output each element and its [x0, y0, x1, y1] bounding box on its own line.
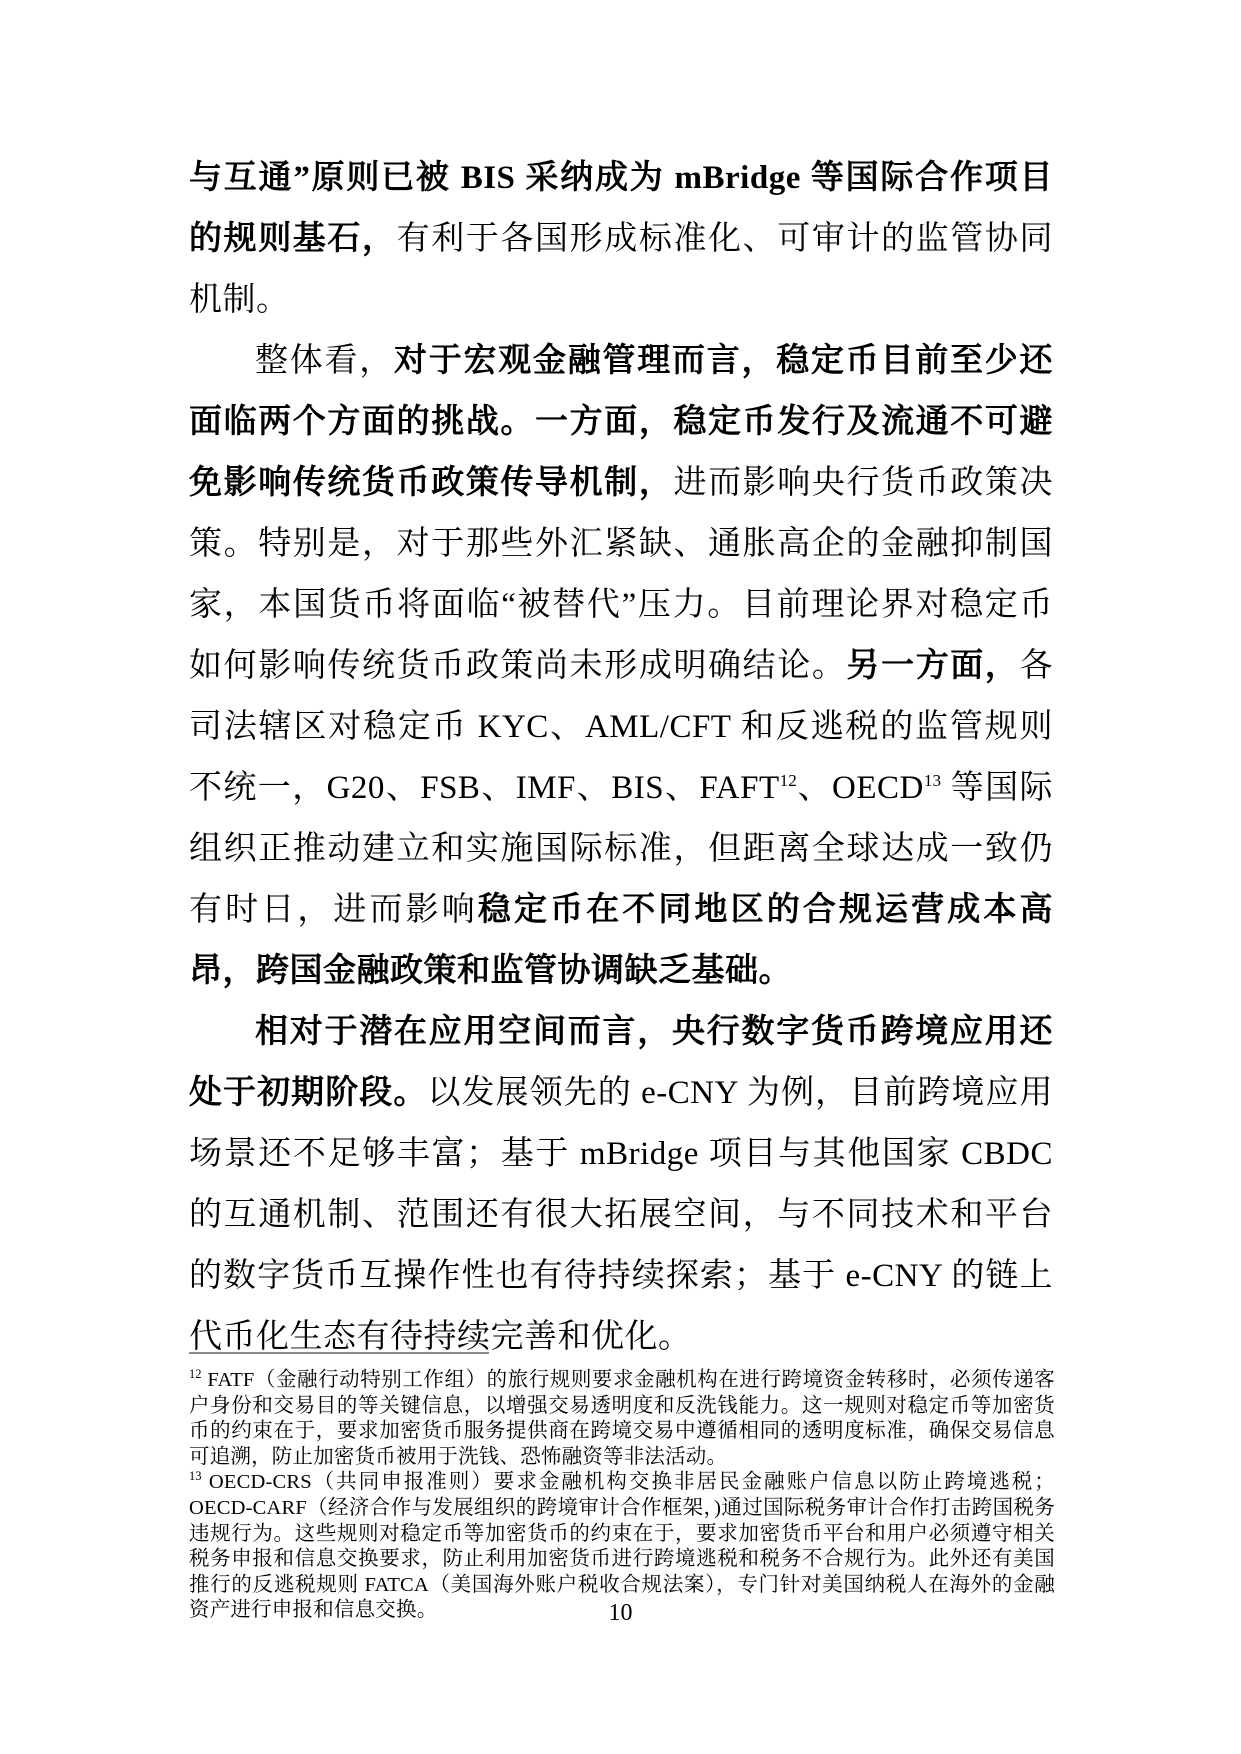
footnote-marker: 13 — [189, 1470, 202, 1484]
page-number: 10 — [0, 1598, 1241, 1628]
footnote-reference: 13 — [924, 771, 941, 790]
document-page: 与互通”原则已被 BIS 采纳成为 mBridge 等国际合作项目的规则基石，有… — [0, 0, 1241, 1754]
footnote-marker: 12 — [189, 1367, 202, 1381]
footnote-reference: 12 — [780, 771, 797, 790]
footnote-area: 12 FATF（金融行动特别工作组）的旅行规则要求金融机构在进行跨境资金转移时，… — [189, 1352, 1055, 1624]
footnote-text: FATF（金融行动特别工作组）的旅行规则要求金融机构在进行跨境资金转移时，必须传… — [189, 1369, 1055, 1468]
text-run: 以发展领先的 e-CNY 为例，目前跨境应用场景还不足够丰富；基于 mBridg… — [189, 1075, 1053, 1355]
text-run: 整体看， — [255, 343, 394, 379]
paragraph: 相对于潜在应用空间而言，央行数字货币跨境应用还处于初期阶段。以发展领先的 e-C… — [189, 1002, 1053, 1368]
footnote-list: 12 FATF（金融行动特别工作组）的旅行规则要求金融机构在进行跨境资金转移时，… — [189, 1368, 1055, 1624]
paragraph: 与互通”原则已被 BIS 采纳成为 mBridge 等国际合作项目的规则基石，有… — [189, 148, 1053, 331]
footnote-item: 12 FATF（金融行动特别工作组）的旅行规则要求金融机构在进行跨境资金转移时，… — [189, 1368, 1055, 1470]
text-run: 另一方面， — [846, 648, 1019, 684]
body-text: 与互通”原则已被 BIS 采纳成为 mBridge 等国际合作项目的规则基石，有… — [189, 148, 1053, 1368]
text-run: 、OECD — [797, 770, 924, 806]
footnote-separator — [189, 1352, 489, 1354]
paragraph: 整体看，对于宏观金融管理而言，稳定币目前至少还面临两个方面的挑战。一方面，稳定币… — [189, 331, 1053, 1002]
